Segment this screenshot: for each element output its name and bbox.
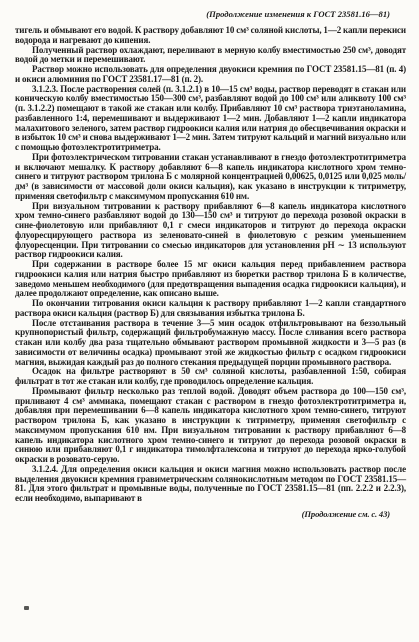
body-paragraph: После отстаивания раствора в течение 3—5… <box>15 319 406 368</box>
body-paragraph: Осадок на фильтре растворяют в 50 см³ со… <box>15 367 406 387</box>
ink-speck-artifact <box>24 606 29 610</box>
document-body: тигель и обмывают его водой. К раствору … <box>15 26 406 519</box>
body-paragraph: тигель и обмывают его водой. К раствору … <box>15 26 406 46</box>
body-paragraph: При визуальном титровании к раствору при… <box>15 202 406 261</box>
body-paragraph-3-1-2-3: 3.1.2.3. После растворения солей (п. 3.1… <box>15 85 406 153</box>
body-paragraph: Раствор можно использовать для определен… <box>15 65 406 85</box>
continuation-footer: (Продолжение см. с. 43) <box>15 509 406 519</box>
body-paragraph: При фотоэлектрическом титровании стакан … <box>15 153 406 202</box>
document-page: (Продолжение изменения к ГОСТ 23581.16—8… <box>0 0 419 642</box>
body-paragraph: По окончании титрования окиси кальция к … <box>15 299 406 319</box>
body-paragraph: Промывают фильтр несколько раз теплой во… <box>15 387 406 465</box>
body-paragraph: При содержании в растворе более 15 мг ок… <box>15 260 406 299</box>
continuation-header: (Продолжение изменения к ГОСТ 23581.16—8… <box>0 9 390 19</box>
body-paragraph-3-1-2-4: 3.1.2.4. Для определения окиси кальция и… <box>15 465 406 504</box>
body-paragraph: Полученный раствор охлаждают, переливают… <box>15 46 406 66</box>
